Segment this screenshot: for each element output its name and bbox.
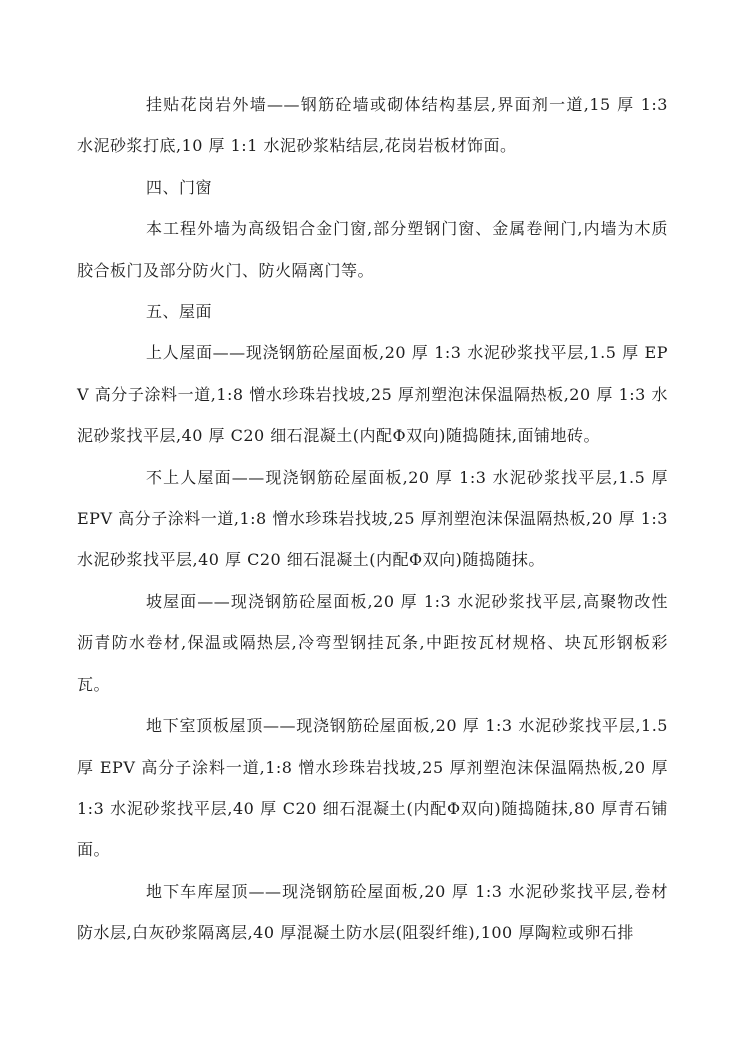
section-heading-doors-windows: 四、门窗 <box>77 167 668 208</box>
paragraph-doors-windows: 本工程外墙为高级铝合金门窗,部分塑钢门窗、金属卷闸门,内墙为木质胶合板门及部分防… <box>77 208 668 291</box>
document-body: 挂贴花岗岩外墙——钢筋砼墙或砌体结构基层,界面剂一道,15 厚 1:3 水泥砂浆… <box>77 84 668 954</box>
paragraph-underground-garage-roof: 地下车库屋顶——现浇钢筋砼屋面板,20 厚 1:3 水泥砂浆找平层,卷材防水层,… <box>77 871 668 954</box>
paragraph-non-accessible-roof: 不上人屋面——现浇钢筋砼屋面板,20 厚 1:3 水泥砂浆找平层,1.5 厚 E… <box>77 457 668 581</box>
section-heading-roofing: 五、屋面 <box>77 291 668 332</box>
paragraph-accessible-roof: 上人屋面——现浇钢筋砼屋面板,20 厚 1:3 水泥砂浆找平层,1.5 厚 EP… <box>77 332 668 456</box>
paragraph-basement-top-slab-roof: 地下室顶板屋顶——现浇钢筋砼屋面板,20 厚 1:3 水泥砂浆找平层,1.5 厚… <box>77 705 668 871</box>
paragraph-sloped-roof: 坡屋面——现浇钢筋砼屋面板,20 厚 1:3 水泥砂浆找平层,高聚物改性沥青防水… <box>77 581 668 705</box>
document-page: 挂贴花岗岩外墙——钢筋砼墙或砌体结构基层,界面剂一道,15 厚 1:3 水泥砂浆… <box>0 0 744 1052</box>
paragraph-granite-exterior-wall: 挂贴花岗岩外墙——钢筋砼墙或砌体结构基层,界面剂一道,15 厚 1:3 水泥砂浆… <box>77 84 668 167</box>
